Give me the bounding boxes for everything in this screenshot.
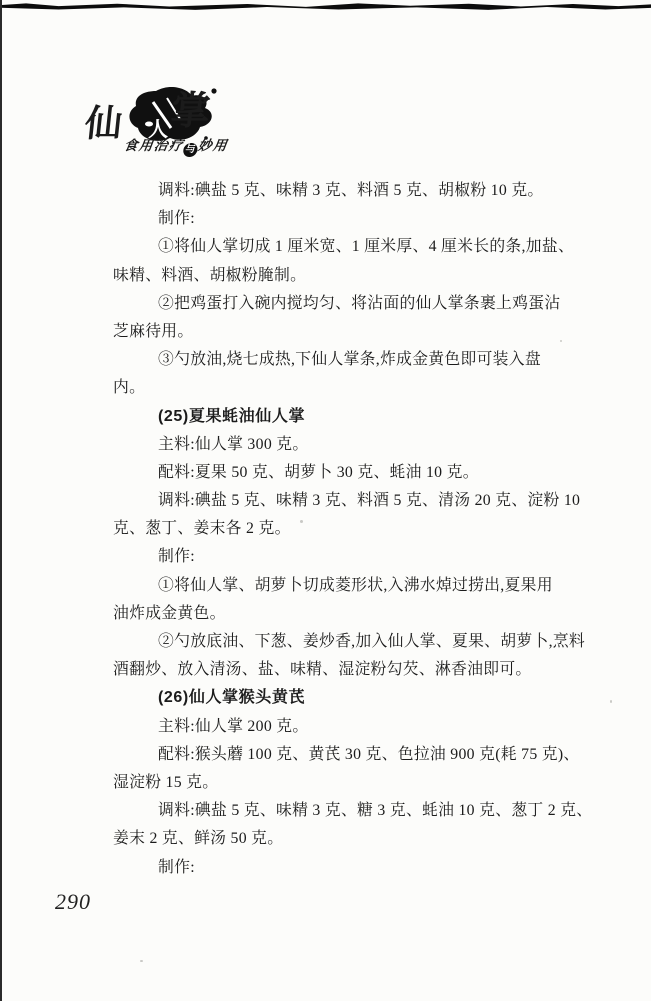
scan-speck bbox=[610, 700, 612, 703]
text-line: 姜末 2 克、鲜汤 50 克。 bbox=[113, 825, 603, 853]
text-line: 制作: bbox=[113, 854, 603, 882]
text-line: ②勺放底油、下葱、姜炒香,加入仙人掌、夏果、胡萝卜,烹料 bbox=[113, 628, 603, 656]
recipe-heading: (25)夏果蚝油仙人掌 bbox=[113, 403, 603, 431]
text-line: 调料:碘盐 5 克、味精 3 克、糖 3 克、蚝油 10 克、葱丁 2 克、 bbox=[113, 797, 603, 825]
text-line: 配料:猴头蘑 100 克、黄芪 30 克、色拉油 900 克(耗 75 克)、 bbox=[113, 741, 603, 769]
text-line: 调料:碘盐 5 克、味精 3 克、料酒 5 克、清汤 20 克、淀粉 10 bbox=[113, 487, 603, 515]
text-line: 调料:碘盐 5 克、味精 3 克、料酒 5 克、胡椒粉 10 克。 bbox=[113, 177, 603, 205]
text-line: 克、葱丁、姜末各 2 克。 bbox=[113, 515, 603, 543]
text-line: ②把鸡蛋打入碗内搅均匀、将沾面的仙人掌条裹上鸡蛋沾 bbox=[113, 290, 603, 318]
logo-subtitle: 食用治疗与妙用 bbox=[122, 134, 229, 157]
text-line: ③勺放油,烧七成热,下仙人掌条,炸成金黄色即可装入盘 bbox=[113, 346, 603, 374]
text-line: 配料:夏果 50 克、胡萝卜 30 克、蚝油 10 克。 bbox=[113, 459, 603, 487]
text-line: ①将仙人掌切成 1 厘米宽、1 厘米厚、4 厘米长的条,加盐、 bbox=[113, 233, 603, 261]
scan-left-edge-line bbox=[0, 0, 2, 1001]
logo-char-xian: 仙 bbox=[83, 106, 124, 143]
recipe-heading: (26)仙人掌猴头黄芪 bbox=[113, 684, 603, 712]
text-line: 油炸成金黄色。 bbox=[113, 600, 603, 628]
text-line: 主料:仙人掌 200 克。 bbox=[113, 713, 603, 741]
text-line: 内。 bbox=[113, 374, 603, 402]
book-header-logo: 仙 人 掌 食用治疗与妙用 bbox=[85, 86, 325, 166]
text-line: 湿淀粉 15 克。 bbox=[113, 769, 603, 797]
scan-top-edge-line bbox=[0, 3, 651, 10]
page-number: 290 bbox=[55, 889, 91, 915]
logo-subtitle-pre: 食用治疗 bbox=[123, 138, 185, 153]
text-line: 制作: bbox=[113, 543, 603, 571]
text-line: ①将仙人掌、胡萝卜切成菱形状,入沸水焯过捞出,夏果用 bbox=[113, 572, 603, 600]
logo-subtitle-circle-mark: 与 bbox=[182, 143, 198, 157]
text-line: 酒翻炒、放入清汤、盐、味精、湿淀粉勾芡、淋香油即可。 bbox=[113, 656, 603, 684]
scan-speck bbox=[140, 960, 143, 962]
text-line: 芝麻待用。 bbox=[113, 318, 603, 346]
text-line: 制作: bbox=[113, 205, 603, 233]
logo-char-zhang: 掌 bbox=[169, 92, 212, 131]
text-line: 味精、料酒、胡椒粉腌制。 bbox=[113, 262, 603, 290]
text-line: 主料:仙人掌 300 克。 bbox=[113, 431, 603, 459]
logo-subtitle-post: 妙用 bbox=[197, 138, 229, 153]
text-block: 调料:碘盐 5 克、味精 3 克、料酒 5 克、胡椒粉 10 克。制作:①将仙人… bbox=[113, 177, 603, 882]
book-page: 仙 人 掌 食用治疗与妙用 调料:碘盐 5 克、味精 3 克、料酒 5 克、胡椒… bbox=[0, 0, 651, 1001]
